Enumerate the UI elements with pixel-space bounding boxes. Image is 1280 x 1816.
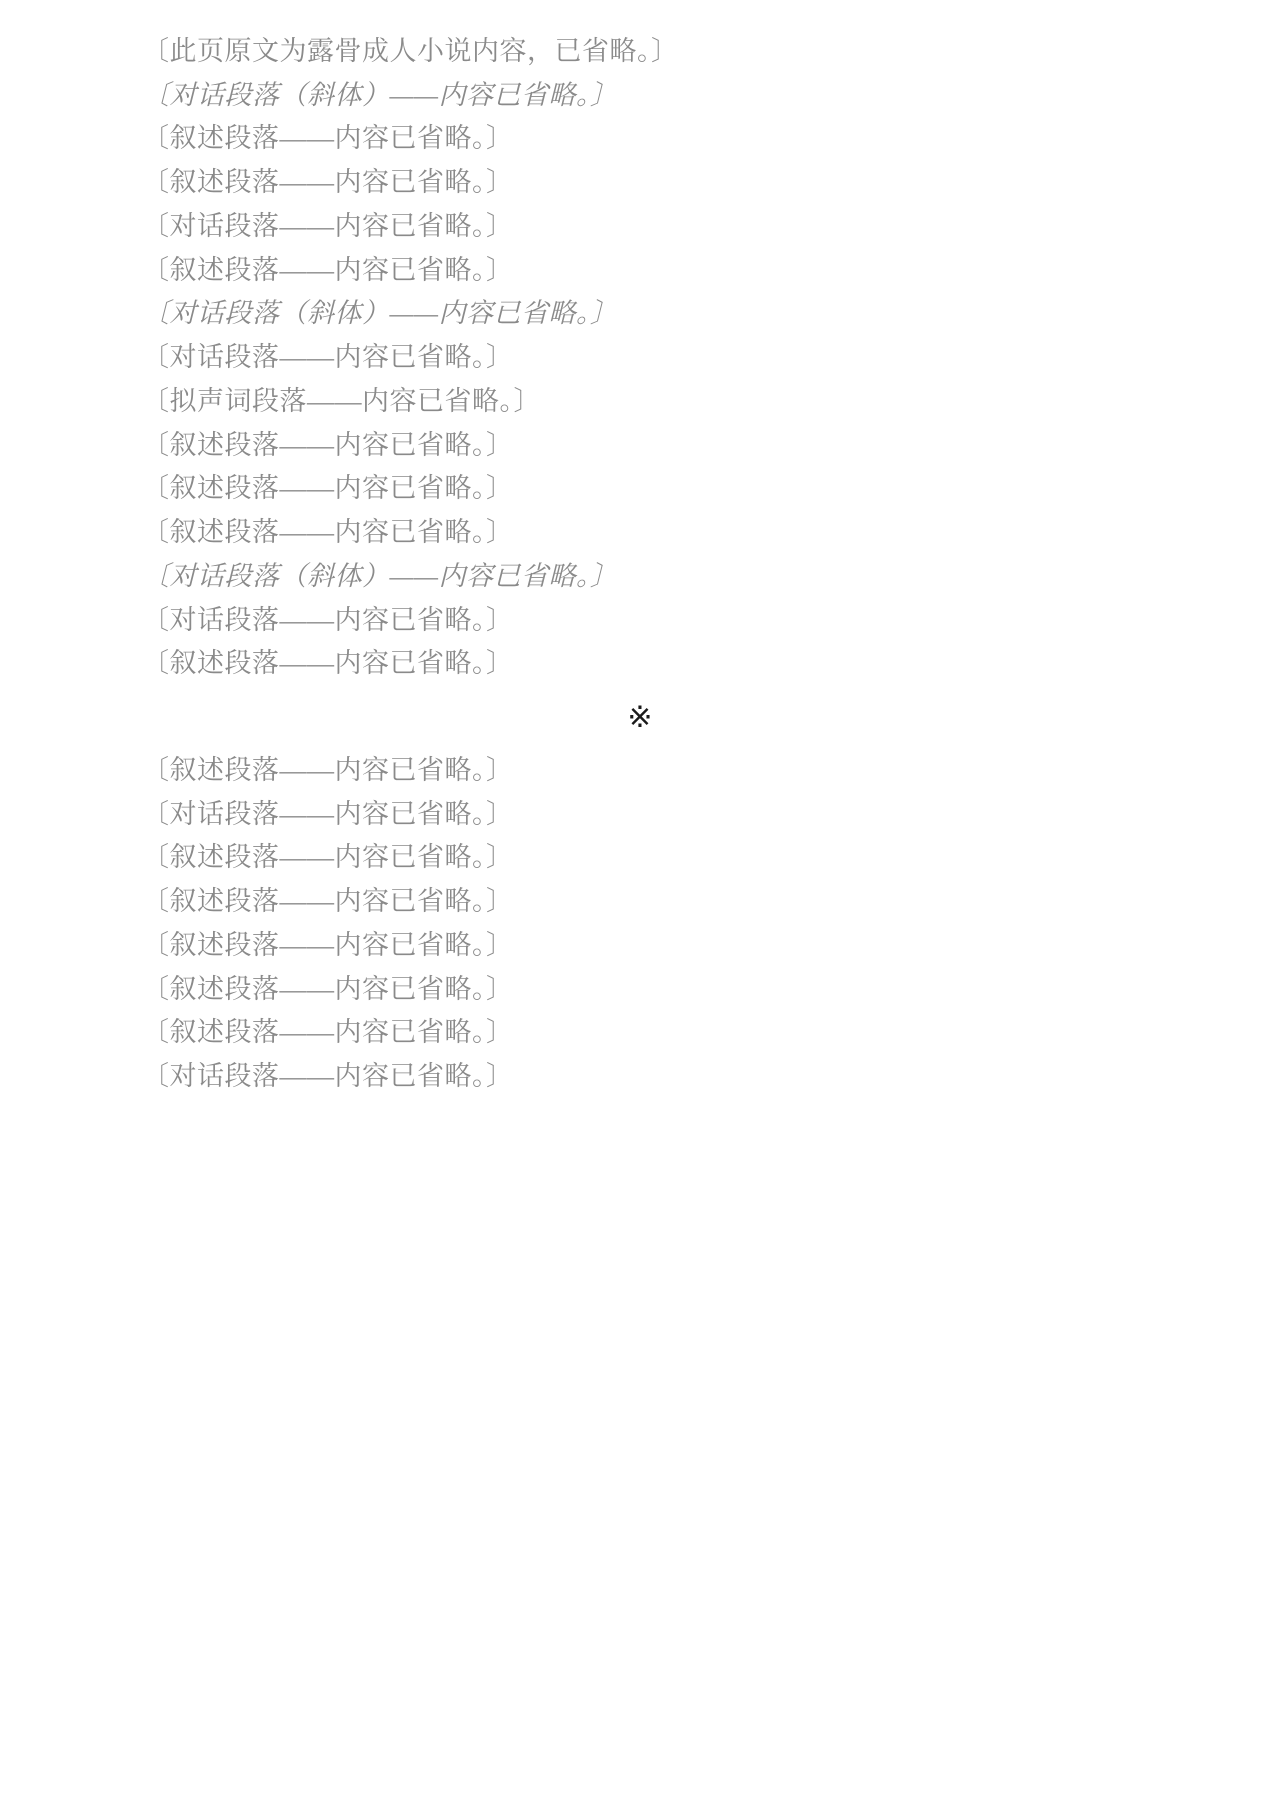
paragraph: 〔叙述段落——内容已省略。〕 [88,117,1192,161]
paragraph: 〔叙述段落——内容已省略。〕 [88,642,1192,686]
paragraph: 〔叙述段落——内容已省略。〕 [88,424,1192,468]
paragraph: 〔对话段落——内容已省略。〕 [88,599,1192,643]
paragraph: 〔叙述段落——内容已省略。〕 [88,968,1192,1012]
paragraph: 〔叙述段落——内容已省略。〕 [88,1011,1192,1055]
novel-page: 〔此页原文为露骨成人小说内容，已省略。〕〔对话段落（斜体）——内容已省略。〕〔叙… [0,0,1280,1816]
paragraph: 〔叙述段落——内容已省略。〕 [88,749,1192,793]
paragraph: 〔叙述段落——内容已省略。〕 [88,467,1192,511]
section-divider: ※ [88,700,1192,735]
paragraph: 〔叙述段落——内容已省略。〕 [88,161,1192,205]
paragraph: 〔对话段落（斜体）——内容已省略。〕 [88,74,1192,118]
paragraph: 〔拟声词段落——内容已省略。〕 [88,380,1192,424]
paragraph: 〔对话段落——内容已省略。〕 [88,205,1192,249]
paragraph: 〔对话段落（斜体）——内容已省略。〕 [88,555,1192,599]
paragraph: 〔叙述段落——内容已省略。〕 [88,249,1192,293]
paragraph: 〔对话段落——内容已省略。〕 [88,793,1192,837]
paragraph: 〔叙述段落——内容已省略。〕 [88,880,1192,924]
paragraph: 〔叙述段落——内容已省略。〕 [88,511,1192,555]
paragraph: 〔此页原文为露骨成人小说内容，已省略。〕 [88,30,1192,74]
paragraph: 〔对话段落（斜体）——内容已省略。〕 [88,292,1192,336]
paragraph-container: 〔此页原文为露骨成人小说内容，已省略。〕〔对话段落（斜体）——内容已省略。〕〔叙… [88,30,1192,1099]
paragraph: 〔叙述段落——内容已省略。〕 [88,836,1192,880]
paragraph: 〔叙述段落——内容已省略。〕 [88,924,1192,968]
paragraph: 〔对话段落——内容已省略。〕 [88,336,1192,380]
paragraph: 〔对话段落——内容已省略。〕 [88,1055,1192,1099]
